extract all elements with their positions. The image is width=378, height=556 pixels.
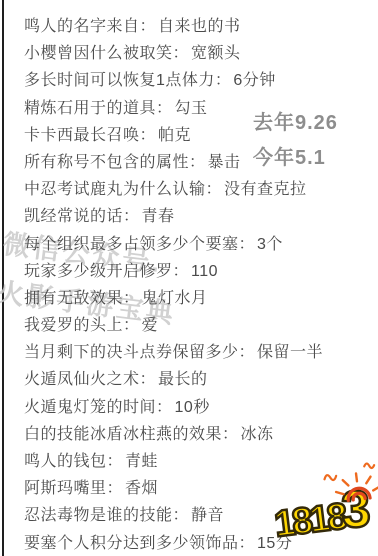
question-text: 多长时间可以恢复1点体力： xyxy=(24,72,231,89)
qa-line: 中忍考试鹿丸为什么认输：没有查克拉 xyxy=(24,176,378,203)
question-text: 鸣人的名字来自： xyxy=(24,18,156,35)
question-text: 忍法毒物是谁的技能： xyxy=(24,507,189,524)
question-text: 火遁鬼灯笼的时间： xyxy=(24,399,173,416)
qa-line: 当月剩下的决斗点券保留多少：保留一半 xyxy=(24,339,378,366)
question-text: 凯经常说的话： xyxy=(24,208,140,225)
question-text: 精炼石用于的道具： xyxy=(24,100,173,117)
question-text: 要塞个人积分达到多少领饰品： xyxy=(24,535,255,552)
answer-text: 保留一半 xyxy=(255,344,323,361)
sun-burst-icon xyxy=(320,459,378,508)
answer-text: 3个 xyxy=(255,236,283,253)
answer-text: 静音 xyxy=(189,507,224,524)
date-annotation-line-1: 去年9.26 xyxy=(253,106,338,141)
question-text: 当月剩下的决斗点券保留多少： xyxy=(24,344,255,361)
qa-line: 火遁凤仙火之术：最长的 xyxy=(24,366,378,393)
qa-line: 我爱罗的头上：爱 xyxy=(24,312,378,339)
quiz-answers-page: 微信公众号. 火影手游宝典 鸣人的名字来自：自来也的书 小樱曾因什么被取笑：宽额… xyxy=(0,0,378,556)
qa-line: 拥有无敌效果：鬼灯水月 xyxy=(24,285,378,312)
qa-line: 每个组织最多占领多少个要塞：3个 xyxy=(24,231,378,258)
answer-text: 最长的 xyxy=(156,371,208,388)
question-text: 拥有无敌效果： xyxy=(24,290,140,307)
question-text: 所有称号不包含的属性： xyxy=(24,154,206,171)
qa-line: 玩家多少级开启修罗：110 xyxy=(24,258,378,285)
answer-text: 鬼灯水月 xyxy=(140,290,208,307)
answer-text: 10秒 xyxy=(173,399,210,416)
answer-text: 帕克 xyxy=(156,127,191,144)
answer-text: 青蛙 xyxy=(123,453,158,470)
question-text: 白的技能冰盾冰柱燕的效果： xyxy=(24,426,239,443)
answer-text: 爱 xyxy=(140,317,159,334)
qa-line: 多长时间可以恢复1点体力：6分钟 xyxy=(24,67,378,94)
answer-text: 冰冻 xyxy=(239,426,274,443)
date-annotation-line-2: 今年5.1 xyxy=(253,141,338,176)
answer-text: 没有查克拉 xyxy=(222,181,307,198)
question-text: 卡卡西最长召唤： xyxy=(24,127,156,144)
qa-line: 小樱曾因什么被取笑：宽额头 xyxy=(24,40,378,67)
answer-text: 香烟 xyxy=(123,480,158,497)
answer-text: 勾玉 xyxy=(173,100,208,117)
answer-text: 宽额头 xyxy=(189,45,241,62)
answer-text: 暴击 xyxy=(206,154,241,171)
qa-line: 凯经常说的话：青春 xyxy=(24,203,378,230)
question-text: 阿斯玛嘴里： xyxy=(24,480,123,497)
question-text: 小樱曾因什么被取笑： xyxy=(24,45,189,62)
answer-text: 110 xyxy=(189,263,218,280)
left-border-line xyxy=(2,0,4,556)
date-annotation: 去年9.26 今年5.1 xyxy=(253,106,338,176)
question-text: 鸣人的钱包： xyxy=(24,453,123,470)
answer-text: 青春 xyxy=(140,208,175,225)
question-text: 我爱罗的头上： xyxy=(24,317,140,334)
question-text: 火遁凤仙火之术： xyxy=(24,371,156,388)
qa-line: 火遁鬼灯笼的时间：10秒 xyxy=(24,394,378,421)
answer-text: 自来也的书 xyxy=(156,18,241,35)
question-text: 中忍考试鹿丸为什么认输： xyxy=(24,181,222,198)
answer-text: 6分钟 xyxy=(231,72,275,89)
question-text: 玩家多少级开启修罗： xyxy=(24,263,189,280)
question-text: 每个组织最多占领多少个要塞： xyxy=(24,236,255,253)
qa-line: 鸣人的名字来自：自来也的书 xyxy=(24,13,378,40)
qa-line: 白的技能冰盾冰柱燕的效果：冰冻 xyxy=(24,421,378,448)
